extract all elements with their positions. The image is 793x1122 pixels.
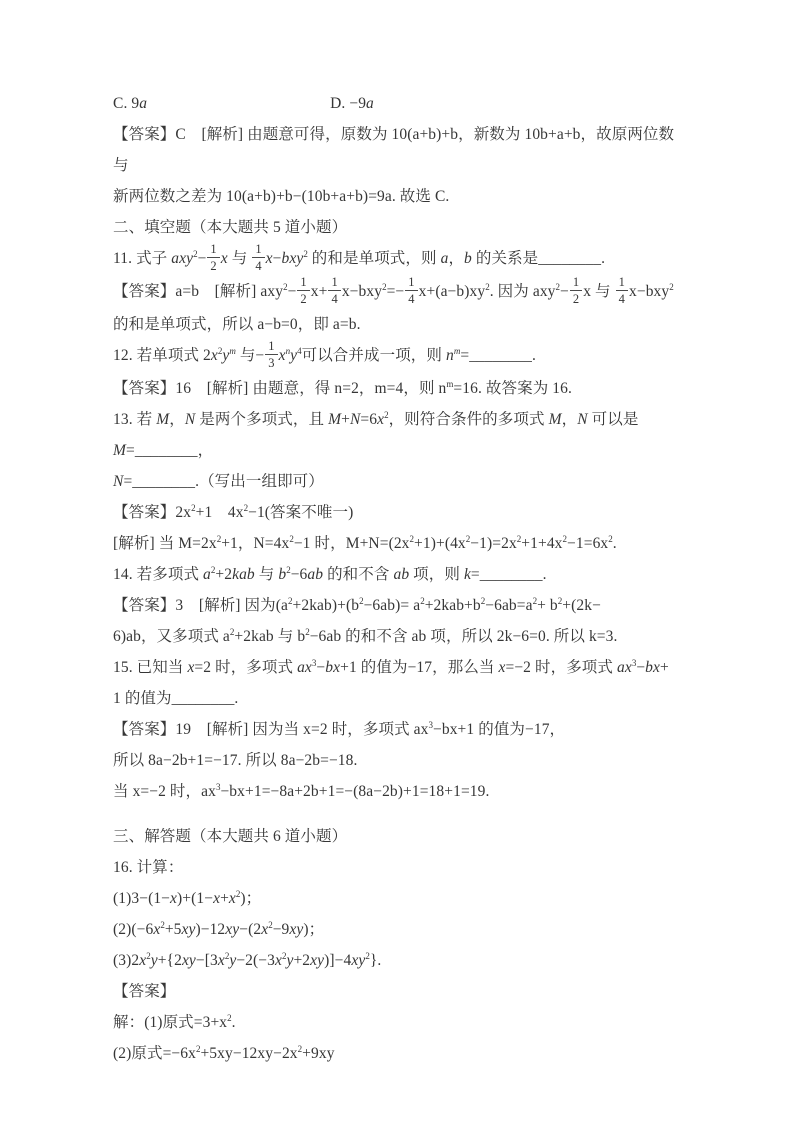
q13-answer-line-2: [解析] 当 M=2x2+1，N=4x2−1 时，M+N=(2x2+1)+(4x…	[113, 528, 683, 559]
q10-choice-c: C. 9a	[113, 95, 147, 112]
q14-answer-line-1: 【答案】3 [解析] 因为(a2+2kab)+(b2−6ab)= a2+2kab…	[113, 590, 683, 621]
q16-part-3: (3)2x2y+{2xy−[3x2y−2(−3x2y+2xy)]−4xy2}.	[113, 945, 683, 976]
fraction: 14	[615, 274, 629, 307]
q15-stem-line-2: 1 的值为________.	[113, 683, 683, 714]
q16-solution-line-1: 解：(1)原式=3+x2.	[113, 1007, 683, 1038]
q16-solution-line-2: (2)原式=−6x2+5xy−12xy−2x2+9xy	[113, 1038, 683, 1069]
fraction: 13	[264, 338, 278, 371]
q16-stem: 16. 计算：	[113, 852, 683, 883]
q16-answer-label: 【答案】	[113, 976, 683, 1007]
q15-answer-line-3: 当 x=−2 时，ax3−bx+1=−8a+2b+1=−(8a−2b)+1=18…	[113, 776, 683, 807]
q13-answer-line-1: 【答案】2x2+1 4x2−1(答案不唯一)	[113, 497, 683, 528]
q10-options-row: C. 9aD. −9a	[113, 88, 683, 119]
q14-stem: 14. 若多项式 a2+2kab 与 b2−6ab 的和不含 ab 项，则 k=…	[113, 559, 683, 590]
q16-part-2: (2)(−6x2+5xy)−12xy−(2x2−9xy)；	[113, 914, 683, 945]
q14-answer-line-2: 6)ab，又多项式 a2+2kab 与 b2−6ab 的和不含 ab 项，所以 …	[113, 621, 683, 652]
q11-stem: 11. 式子 axy2−12x 与 14x−bxy2 的和是单项式，则 a，b …	[113, 243, 683, 276]
q12-answer: 【答案】16 [解析] 由题意，得 n=2，m=4，则 nm=16. 故答案为 …	[113, 373, 683, 404]
fraction: 14	[327, 274, 341, 307]
q11-answer-line-2: 的和是单项式，所以 a−b=0，即 a=b.	[113, 309, 683, 340]
q10-answer-line-2: 新两位数之差为 10(a+b)+b−(10b+a+b)=9a. 故选 C.	[113, 181, 683, 212]
q13-stem-line-1: 13. 若 M，N 是两个多项式，且 M+N=6x2，则符合条件的多项式 M，N…	[113, 404, 683, 466]
q10-answer-line-1: 【答案】C [解析] 由题意可得，原数为 10(a+b)+b，新数为 10b+a…	[113, 119, 683, 181]
q10-choice-d: D. −9a	[330, 95, 374, 112]
section-fill-in-heading: 二、填空题（本大题共 5 道小题）	[113, 212, 683, 243]
q15-answer-line-1: 【答案】19 [解析] 因为当 x=2 时，多项式 ax3−bx+1 的值为−1…	[113, 714, 683, 745]
fraction: 12	[296, 274, 310, 307]
fraction: 14	[251, 241, 265, 274]
fraction: 12	[569, 274, 583, 307]
section-solutions-heading: 三、解答题（本大题共 6 道小题）	[113, 821, 683, 852]
q11-answer-line-1: 【答案】a=b [解析] axy2−12x+14x−bxy2=−14x+(a−b…	[113, 276, 683, 309]
fraction: 12	[206, 241, 220, 274]
document-page: C. 9aD. −9a 【答案】C [解析] 由题意可得，原数为 10(a+b)…	[0, 0, 793, 1122]
q15-answer-line-2: 所以 8a−2b+1=−17. 所以 8a−2b=−18.	[113, 745, 683, 776]
q13-stem-line-2: N=________.（写出一组即可）	[113, 466, 683, 497]
q16-part-1: (1)3−(1−x)+(1−x+x2)；	[113, 883, 683, 914]
q15-stem-line-1: 15. 已知当 x=2 时，多项式 ax3−bx+1 的值为−17，那么当 x=…	[113, 652, 683, 683]
fraction: 14	[404, 274, 418, 307]
q12-stem: 12. 若单项式 2x2ym 与−13xny4可以合并成一项，则 nm=____…	[113, 340, 683, 373]
